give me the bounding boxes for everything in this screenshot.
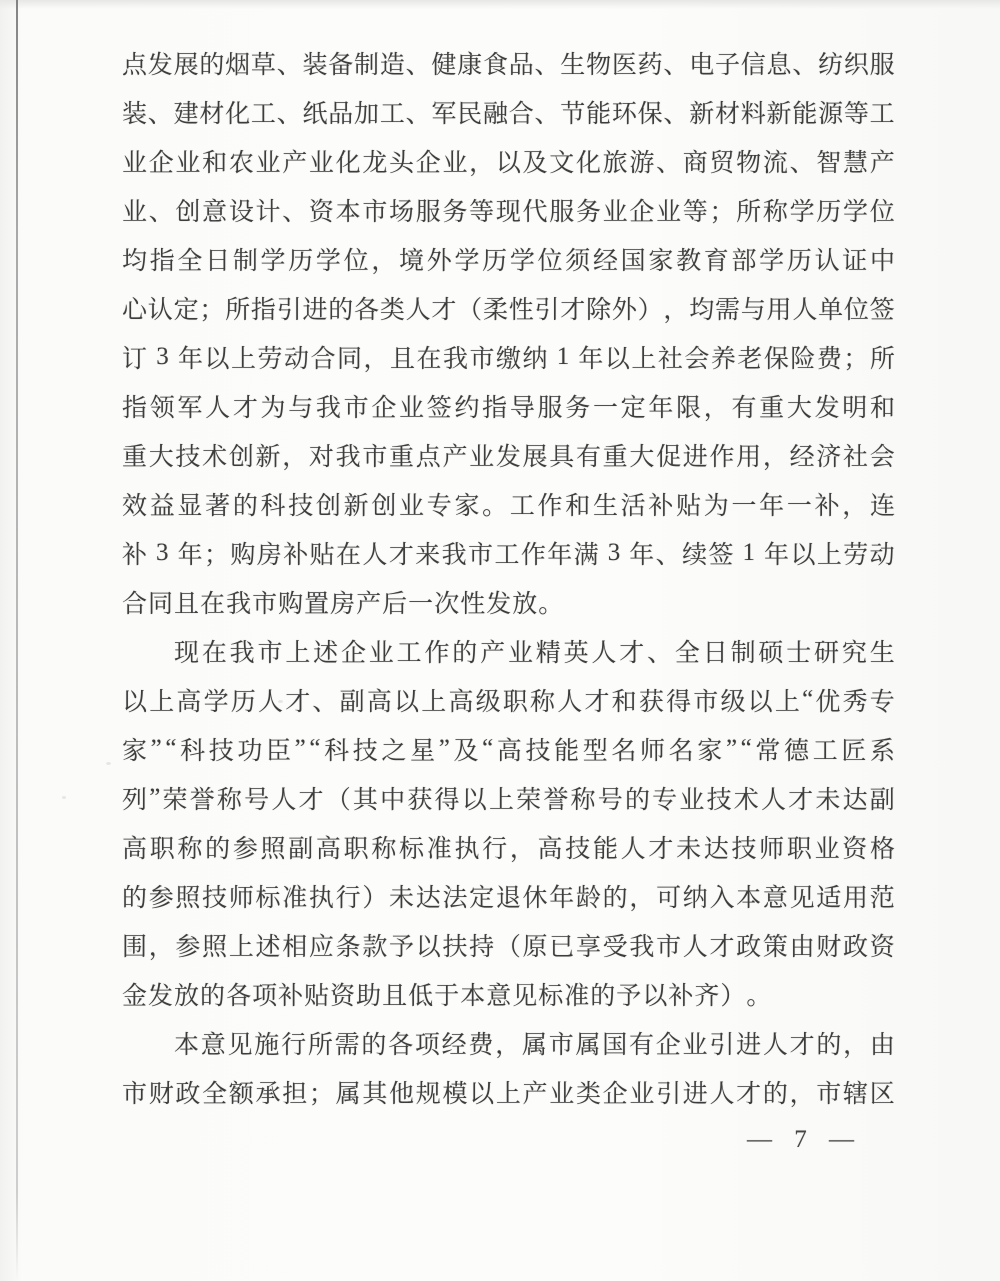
text-line: 订 3 年以上劳动合同，且在我市缴纳 1 年以上社会养老保险费；所 xyxy=(122,332,895,381)
text-line: 以上高学历人才、副高以上高级职称人才和获得市级以上“优秀专 xyxy=(122,675,895,724)
text-line: 市财政全额承担；属其他规模以上产业类企业引进人才的，市辖区 xyxy=(122,1067,895,1116)
text-line: 重大技术创新，对我市重点产业发展具有重大促进作用，经济社会 xyxy=(122,430,895,479)
text-line: 合同且在我市购置房产后一次性发放。 xyxy=(122,577,895,626)
text-line: 心认定；所指引进的各类人才（柔性引才除外），均需与用人单位签 xyxy=(122,283,895,332)
text-line: 列”荣誉称号人才（其中获得以上荣誉称号的专业技术人才未达副 xyxy=(122,773,895,822)
page-edge-line xyxy=(16,0,18,1281)
text-line: 效益显著的科技创新创业专家。工作和生活补贴为一年一补，连 xyxy=(122,479,895,528)
text-line: 家”“科技功臣”“科技之星”及“高技能型名师名家”“常德工匠系 xyxy=(122,724,895,773)
text-line: 装、建材化工、纸品加工、军民融合、节能环保、新材料新能源等工 xyxy=(122,87,895,136)
text-line: 的参照技师标准执行）未达法定退休年龄的，可纳入本意见适用范 xyxy=(122,871,895,920)
text-line: 业企业和农业产业化龙头企业，以及文化旅游、商贸物流、智慧产 xyxy=(122,136,895,185)
text-line: 指领军人才为与我市企业签约指导服务一定年限，有重大发明和 xyxy=(122,381,895,430)
text-line: 现在我市上述企业工作的产业精英人才、全日制硕士研究生 xyxy=(122,626,895,675)
scan-speck xyxy=(62,796,66,799)
scan-speck xyxy=(106,762,111,765)
text-line: 金发放的各项补贴资助且低于本意见标准的予以补齐）。 xyxy=(122,969,895,1018)
document-text: 点发展的烟草、装备制造、健康食品、生物医药、电子信息、纺织服装、建材化工、纸品加… xyxy=(122,38,895,1116)
text-line: 本意见施行所需的各项经费，属市属国有企业引进人才的，由 xyxy=(122,1018,895,1067)
text-line: 补 3 年；购房补贴在人才来我市工作年满 3 年、续签 1 年以上劳动 xyxy=(122,528,895,577)
text-line: 均指全日制学历学位，境外学历学位须经国家教育部学历认证中 xyxy=(122,234,895,283)
text-line: 点发展的烟草、装备制造、健康食品、生物医药、电子信息、纺织服 xyxy=(122,38,895,87)
text-line: 业、创意设计、资本市场服务等现代服务业企业等；所称学历学位 xyxy=(122,185,895,234)
page-number: — 7 — xyxy=(122,1120,862,1160)
scanned-page: 点发展的烟草、装备制造、健康食品、生物医药、电子信息、纺织服装、建材化工、纸品加… xyxy=(0,0,1000,1281)
text-line: 围，参照上述相应条款予以扶持（原已享受我市人才政策由财政资 xyxy=(122,920,895,969)
text-line: 高职称的参照副高职称标准执行，高技能人才未达技师职业资格 xyxy=(122,822,895,871)
